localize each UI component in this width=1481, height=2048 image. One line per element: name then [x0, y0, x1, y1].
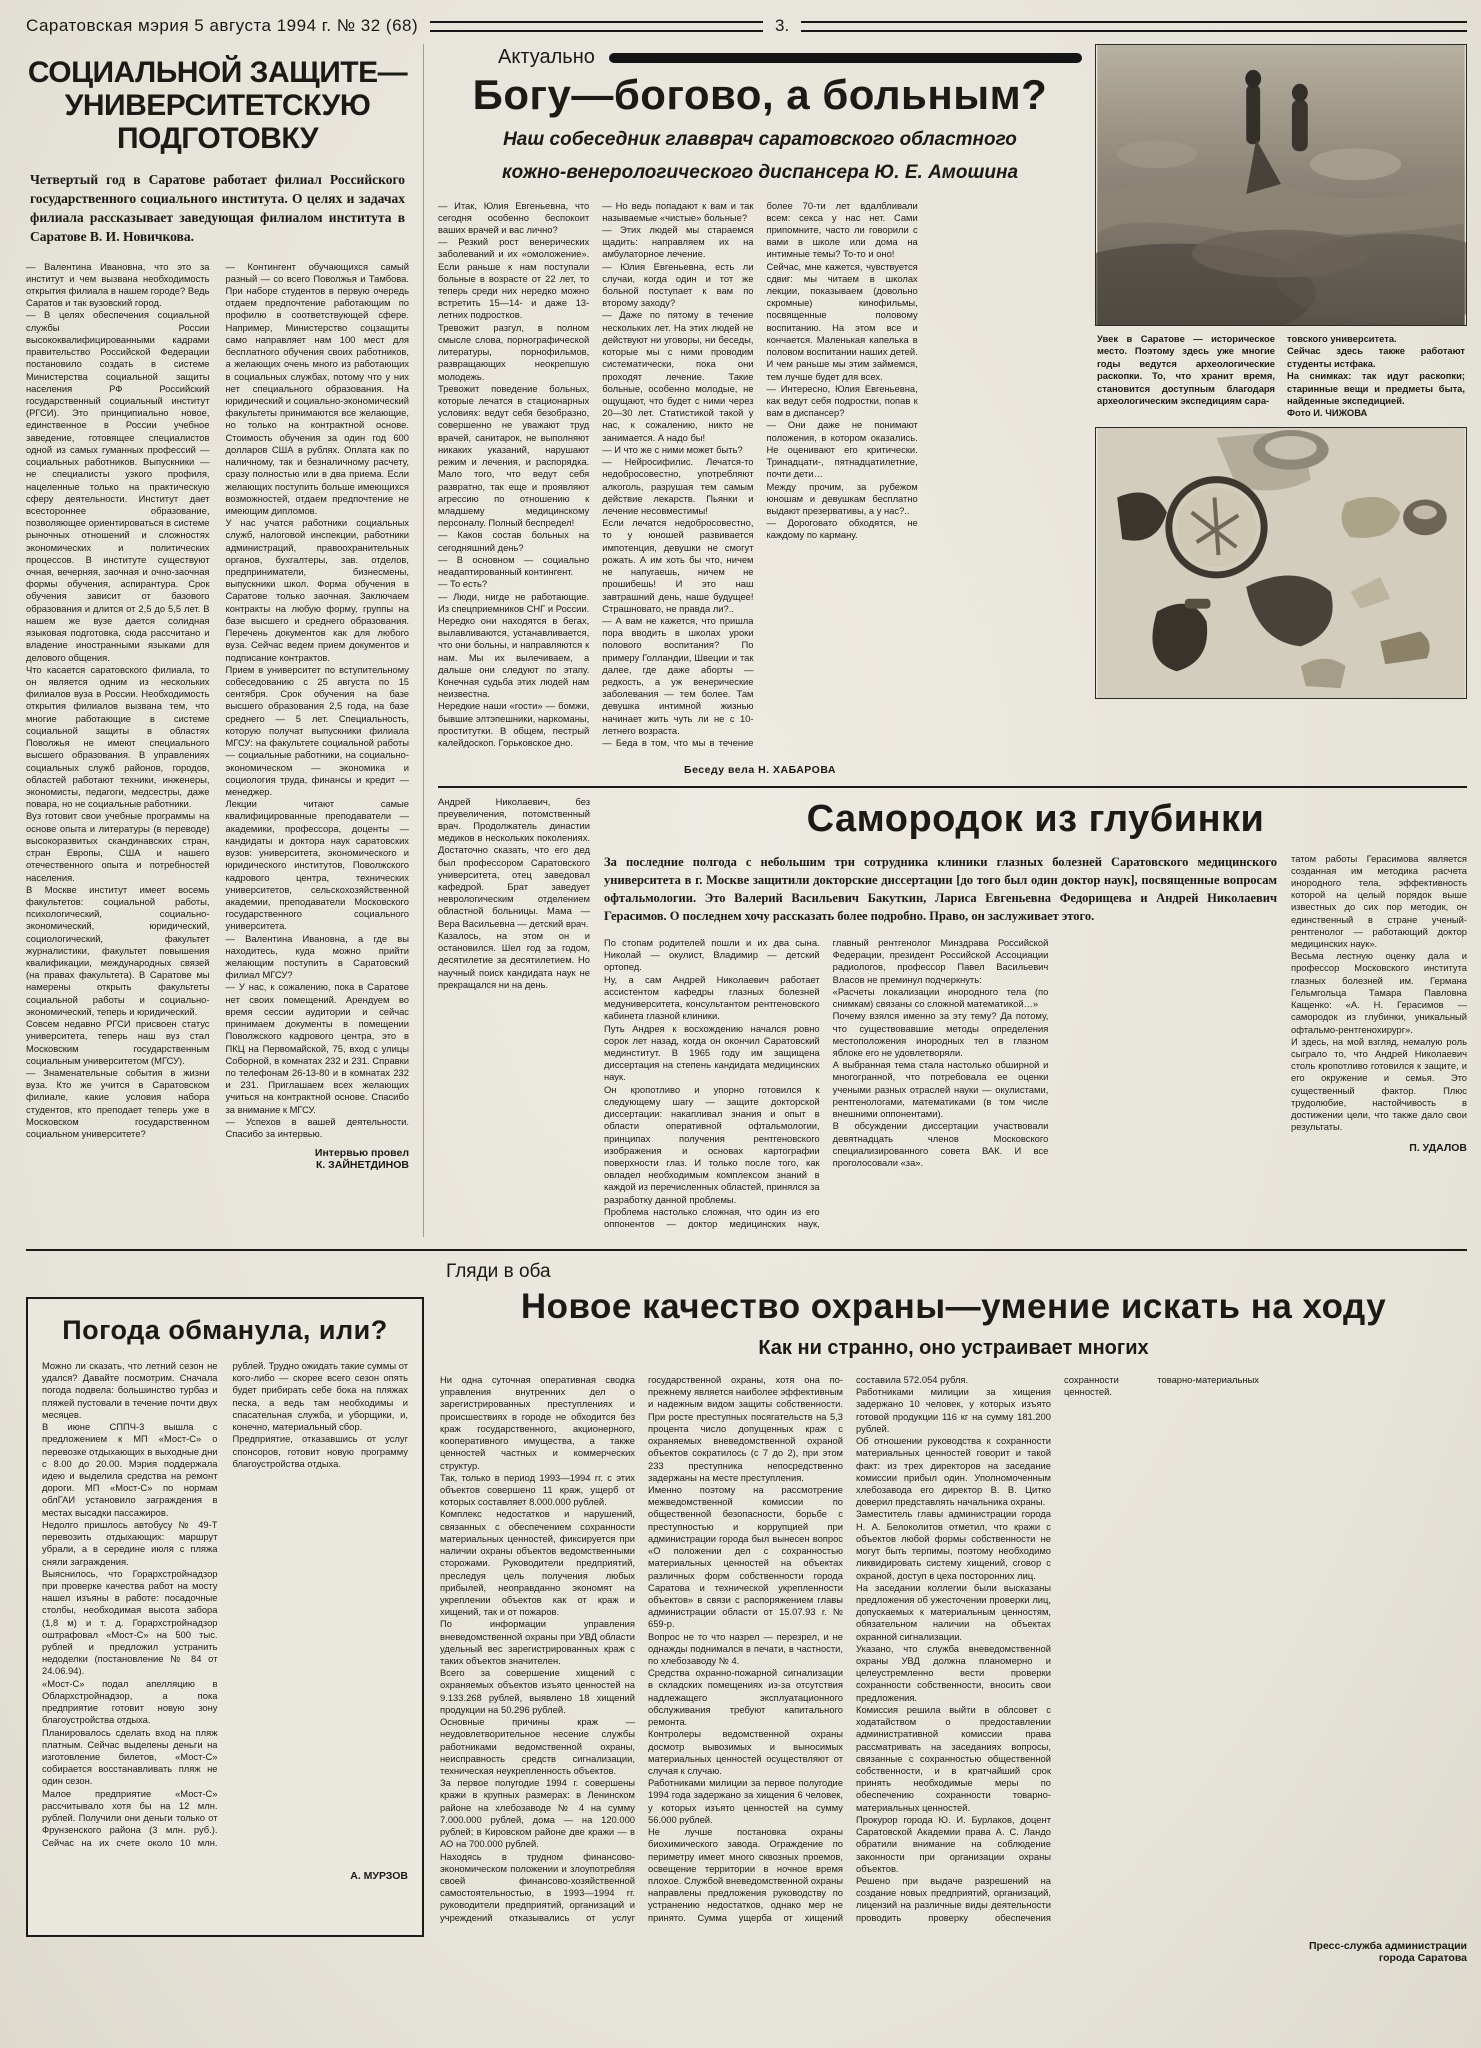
social-body: — Валентина Ивановна, что это за институ…: [26, 261, 409, 1141]
social-byline: Интервью провел К. ЗАЙНЕТДИНОВ: [26, 1147, 409, 1171]
samorodok-byline: П. УДАЛОВ: [1291, 1142, 1467, 1154]
samorodok-intro: За последние полгода с небольшим три сот…: [604, 853, 1277, 926]
interview-body: — Итак, Юлия Евгеньевна, что сегодня осо…: [438, 200, 1082, 756]
article-interview: Актуально Богу—богово, а больным? Наш со…: [438, 44, 1082, 776]
kicker-glyadi-v-oba: Гляди в оба: [446, 1261, 1467, 1283]
bottom-section: Погода обманула, или? Можно ли сказать, …: [26, 1249, 1467, 1964]
photo-feature: Увек в Саратове — историческое место. По…: [1095, 44, 1467, 776]
newspaper-page: Саратовская мэрия 5 августа 1994 г. № 32…: [0, 0, 1481, 2048]
masthead-title: Саратовская мэрия 5 августа 1994 г. № 32…: [26, 16, 418, 36]
samorodok-left-column: Андрей Николаевич, без преувеличения, по…: [438, 796, 590, 1238]
article-pogoda: Погода обманула, или? Можно ли сказать, …: [26, 1297, 424, 1937]
article-security: Гляди в оба Новое качество охраны—умение…: [440, 1261, 1467, 1964]
samorodok-main: Самородок из глубинки За последние полго…: [604, 796, 1467, 1238]
samorodok-center: За последние полгода с небольшим три сот…: [604, 853, 1277, 1238]
photo-caption: Увек в Саратове — историческое место. По…: [1097, 333, 1465, 420]
security-byline: Пресс-служба администрации города Сарато…: [440, 1940, 1467, 1964]
social-headline: СОЦИАЛЬНОЙ ЗАЩИТЕ— УНИВЕРСИТЕТСКУЮ ПОДГО…: [26, 56, 409, 155]
interview-row: Актуально Богу—богово, а больным? Наш со…: [438, 44, 1467, 776]
masthead-rule-left: [430, 21, 763, 32]
masthead: Саратовская мэрия 5 августа 1994 г. № 32…: [26, 16, 1467, 36]
kicker-row: Актуально: [498, 46, 1082, 69]
photo-caption-left: Увек в Саратове — историческое место. По…: [1097, 333, 1275, 420]
artifacts-photo: [1095, 427, 1467, 699]
social-intro: Четвертый год в Саратове работает филиал…: [30, 171, 405, 247]
kicker-aktualno: Актуально: [498, 46, 595, 69]
article-samorodok: Андрей Николаевич, без преувеличения, по…: [438, 786, 1467, 1238]
kicker-bar: [609, 53, 1082, 63]
upper-section: СОЦИАЛЬНОЙ ЗАЩИТЕ— УНИВЕРСИТЕТСКУЮ ПОДГО…: [26, 44, 1467, 1237]
excavation-photo: [1095, 44, 1467, 326]
security-headline: Новое качество охраны—умение искать на х…: [440, 1287, 1467, 1327]
interview-byline: Беседу вела Н. ХАБАРОВА: [438, 764, 1082, 776]
article-social-institute: СОЦИАЛЬНОЙ ЗАЩИТЕ— УНИВЕРСИТЕТСКУЮ ПОДГО…: [26, 44, 424, 1237]
interview-headline: Богу—богово, а больным?: [438, 71, 1082, 119]
right-area: Актуально Богу—богово, а больным? Наш со…: [424, 44, 1467, 1237]
pogoda-headline: Погода обманула, или?: [42, 1315, 408, 1346]
photo-caption-right: товского университета. Сейчас здесь такж…: [1287, 333, 1465, 420]
interview-subtitle: Наш собеседник главврач саратовского обл…: [438, 123, 1082, 190]
samorodok-headline: Самородок из глубинки: [604, 798, 1467, 841]
security-body: Ни одна суточная оперативная сводка упра…: [440, 1374, 1467, 1934]
pogoda-byline: А. МУРЗОВ: [42, 1870, 408, 1882]
samorodok-right-text: татом работы Герасимова является созданн…: [1291, 853, 1467, 1134]
security-subtitle: Как ни странно, оно устраивает многих: [440, 1337, 1467, 1360]
page-number: 3.: [775, 16, 789, 36]
pogoda-body: Можно ли сказать, что летний сезон не уд…: [42, 1360, 408, 1860]
masthead-rule-right: [801, 21, 1467, 32]
samorodok-right-column: татом работы Герасимова является созданн…: [1291, 853, 1467, 1238]
samorodok-body: По стопам родителей пошли и их два сына.…: [604, 937, 1277, 1237]
